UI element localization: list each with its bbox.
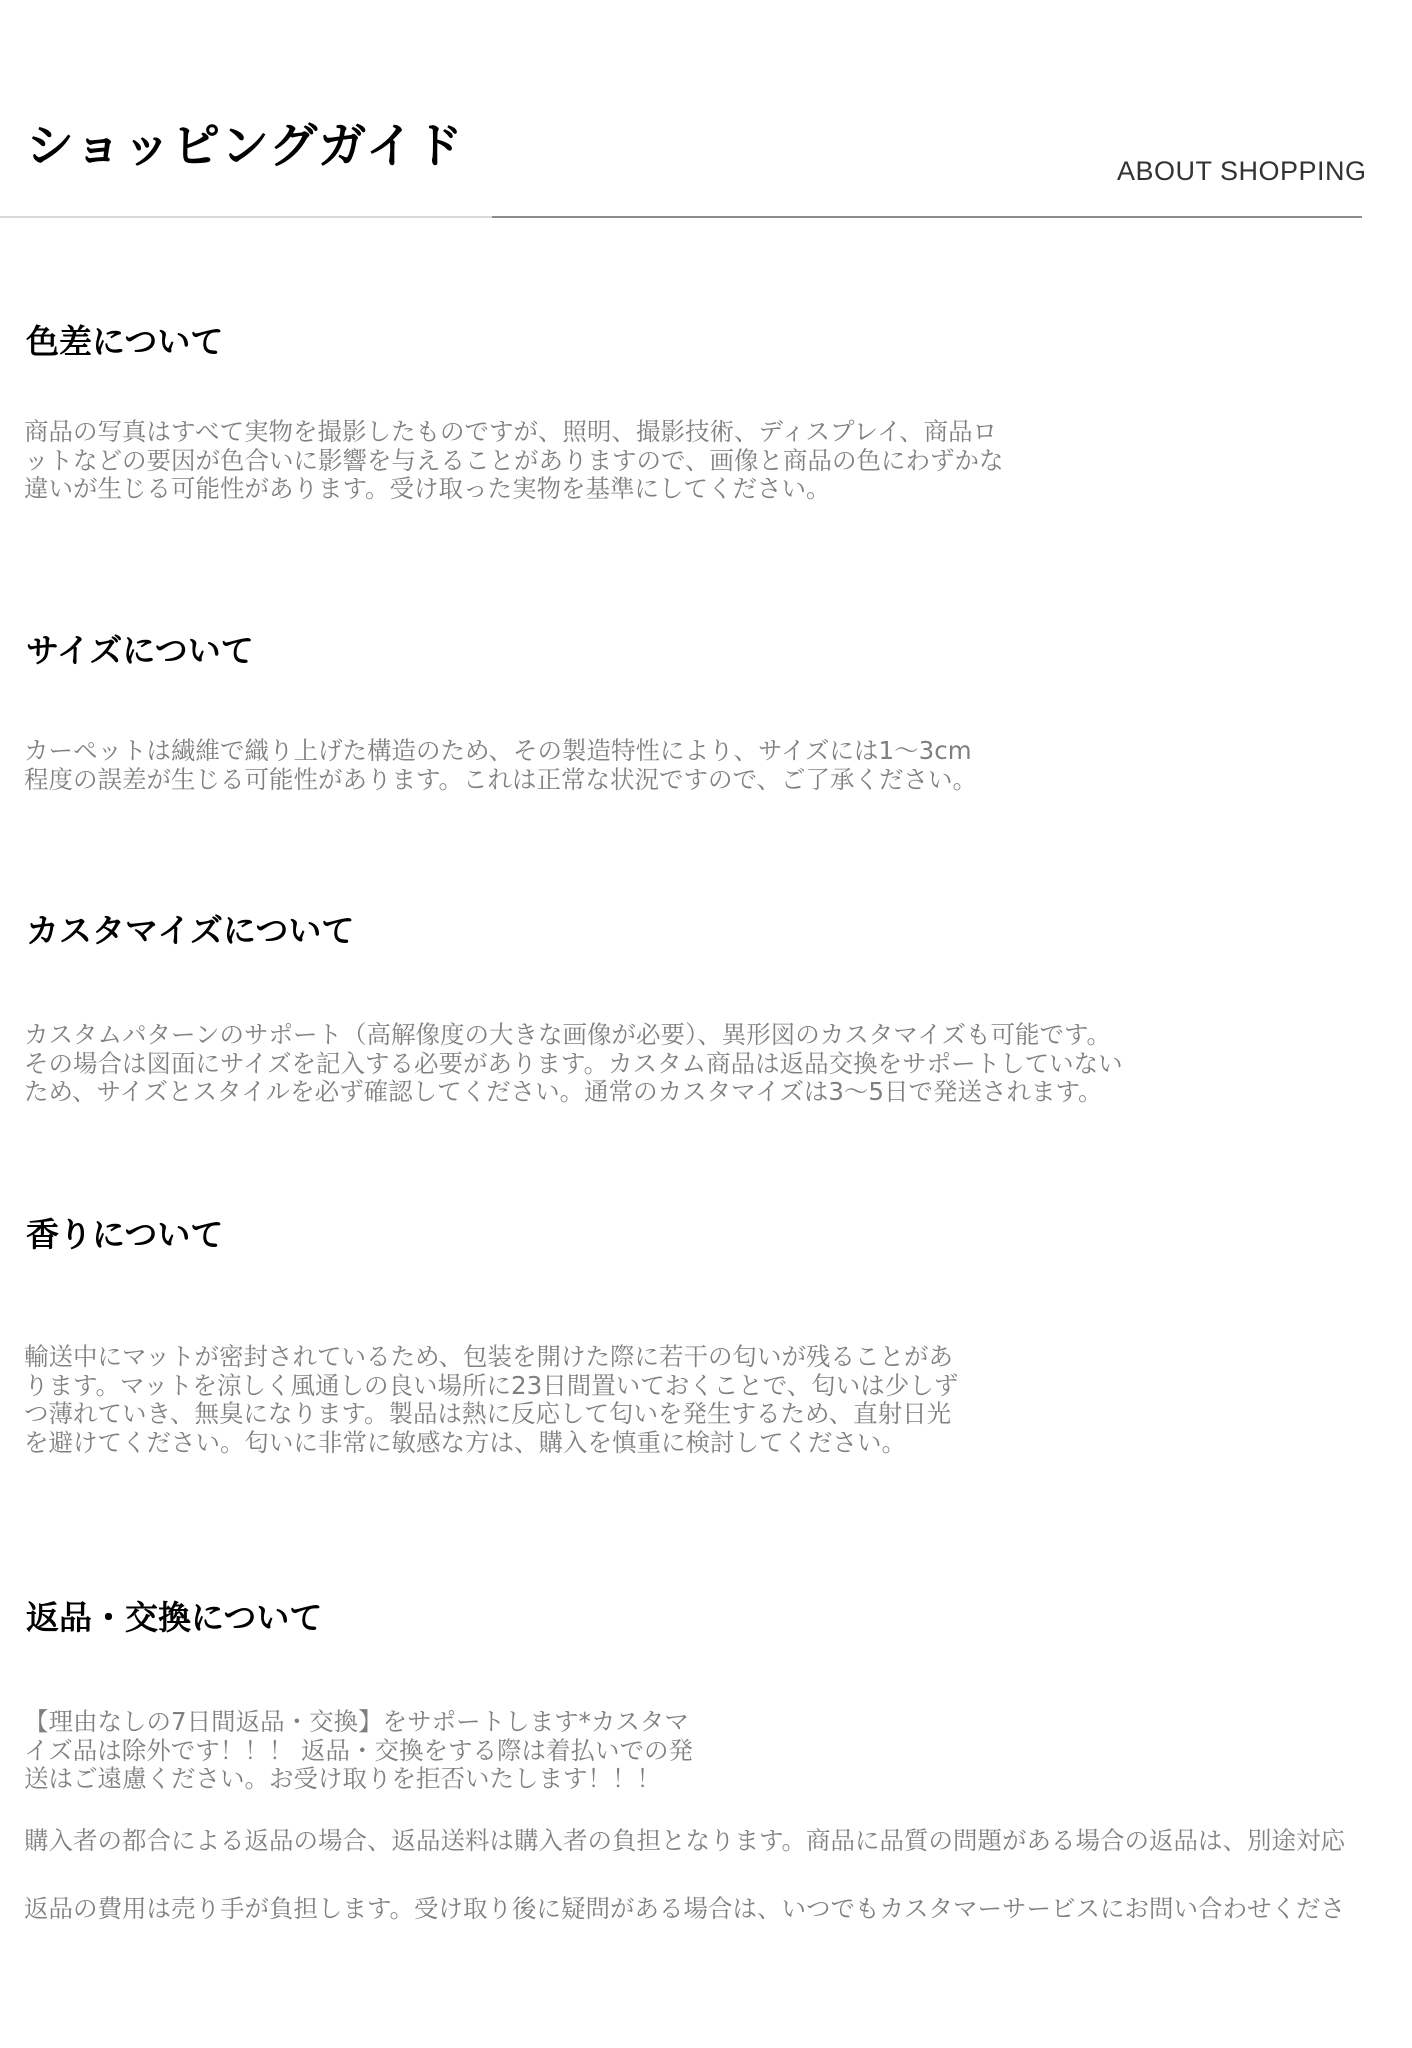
section-heading-customize: カスタマイズについて [26,914,354,947]
page-title: ショッピングガイド [26,122,464,170]
body-line: カーペットは繊維で織り上げた構造のため、その製造特性により、サイズには1〜3cm [24,737,977,766]
body-line: ります。マットを涼しく風通しの良い場所に23日間置いておくことで、匂いは少しず [24,1372,958,1401]
body-line: カスタムパターンのサポート（高解像度の大きな画像が必要）、異形図のカスタマイズも… [24,1021,1123,1050]
body-line: 【理由なしの7日間返品・交換】をサポートします*カスタマ [24,1708,693,1737]
body-line: ットなどの要因が色合いに影響を与えることがありますので、画像と商品の色にわずかな [24,447,1004,476]
body-line: 程度の誤差が生じる可能性があります。これは正常な状況ですので、ご了承ください。 [24,766,977,795]
section-body-customize: カスタムパターンのサポート（高解像度の大きな画像が必要）、異形図のカスタマイズも… [24,1021,1123,1107]
header-divider-dark [492,216,1362,218]
section-body-returns: 【理由なしの7日間返品・交換】をサポートします*カスタマ イズ品は除外です！！！… [24,1708,693,1794]
body-line: ため、サイズとスタイルを必ず確認してください。通常のカスタマイズは3〜5日で発送… [24,1078,1123,1107]
body-line: その場合は図面にサイズを記入する必要があります。カスタム商品は返品交換をサポート… [24,1050,1123,1079]
header-divider-light [0,216,492,218]
body-line: 送はご遠慮ください。お受け取りを拒否いたします！！！ [24,1765,693,1794]
section-body-color-difference: 商品の写真はすべて実物を撮影したものですが、照明、撮影技術、ディスプレイ、商品ロ… [24,418,1004,504]
section-body-size: カーペットは繊維で織り上げた構造のため、その製造特性により、サイズには1〜3cm… [24,737,977,794]
section-heading-size: サイズについて [26,634,254,667]
body-line: つ薄れていき、無臭になります。製品は熱に反応して匂いを発生するため、直射日光 [24,1400,958,1429]
section-heading-color-difference: 色差について [26,325,223,358]
body-line: を避けてください。匂いに非常に敏感な方は、購入を慎重に検討してください。 [24,1429,958,1458]
body-line: 商品の写真はすべて実物を撮影したものですが、照明、撮影技術、ディスプレイ、商品ロ [24,418,1004,447]
body-line: 違いが生じる可能性があります。受け取った実物を基準にしてください。 [24,475,1004,504]
page-header: ショッピングガイド ABOUT SHOPPING [0,0,1412,230]
body-line: イズ品は除外です！！！ 返品・交換をする際は着払いでの発 [24,1737,693,1766]
returns-seller-paragraph: 返品の費用は売り手が負担します。受け取り後に疑問がある場合は、いつでもカスタマー… [24,1895,1345,1924]
body-line: 輸送中にマットが密封されているため、包装を開けた際に若干の匂いが残ることがあ [24,1343,958,1372]
returns-buyer-paragraph: 購入者の都合による返品の場合、返品送料は購入者の負担となります。商品に品質の問題… [24,1827,1345,1856]
section-heading-returns: 返品・交換について [26,1601,322,1634]
section-body-smell: 輸送中にマットが密封されているため、包装を開けた際に若干の匂いが残ることがあ り… [24,1343,958,1457]
section-heading-smell: 香りについて [26,1218,223,1251]
page-subtitle: ABOUT SHOPPING [1117,158,1367,185]
